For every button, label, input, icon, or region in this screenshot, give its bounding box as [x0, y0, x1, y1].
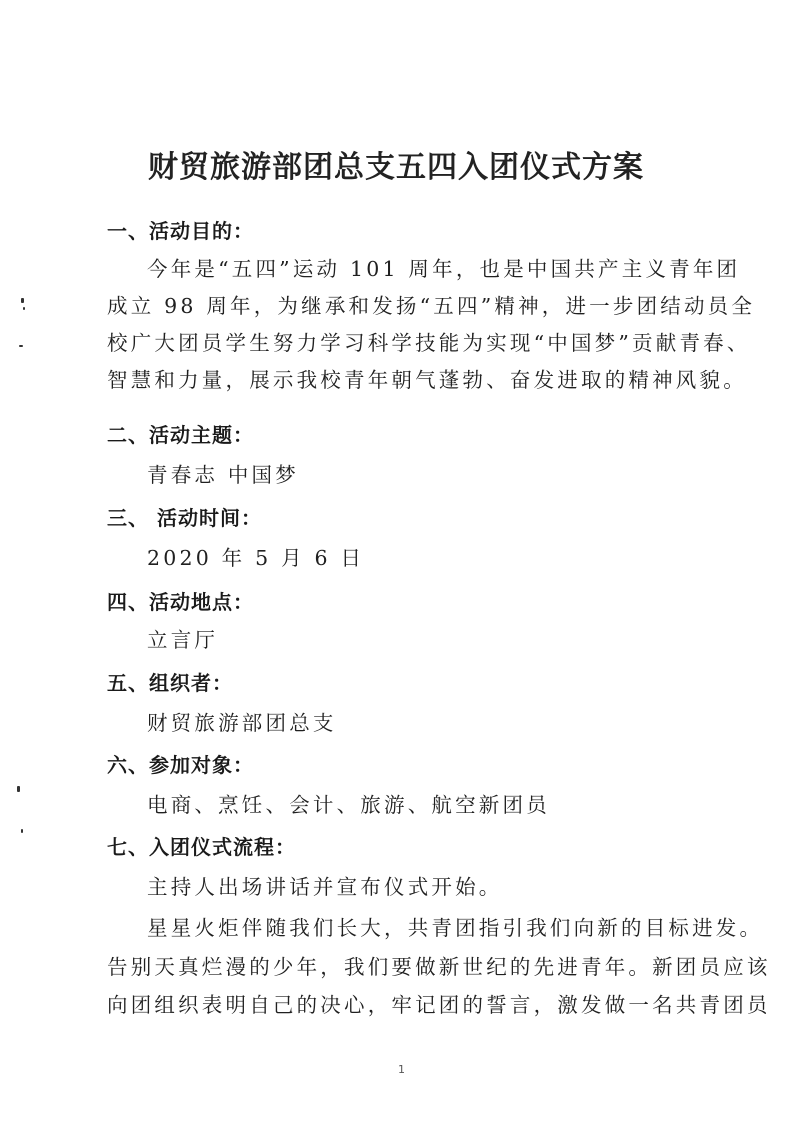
section-heading-location: 四、活动地点：	[107, 587, 697, 617]
participants-list: 电商、烹饪、会计、旅游、航空新团员	[147, 790, 737, 820]
paragraph-line: 校广大团员学生努力学习科学技能为实现“中国梦”贡献青春、	[107, 328, 697, 358]
paragraph-line: 向团组织表明自己的决心，牢记团的誓言，激发做一名共青团员	[107, 990, 697, 1020]
paragraph-line: 智慧和力量，展示我校青年朝气蓬勃、奋发进取的精神风貌。	[107, 365, 697, 395]
section-heading-theme: 二、活动主题：	[107, 420, 697, 450]
document-title: 财贸旅游部团总支五四入团仪式方案	[0, 146, 792, 190]
event-location: 立言厅	[147, 625, 737, 655]
paragraph-line: 告别天真烂漫的少年，我们要做新世纪的先进青年。新团员应该	[107, 952, 697, 982]
scan-mark	[23, 307, 25, 310]
document-page: 财贸旅游部团总支五四入团仪式方案 一、活动目的： 今年是“五四”运动 101 周…	[0, 0, 792, 1136]
section-heading-purpose: 一、活动目的：	[107, 216, 697, 246]
paragraph-line: 今年是“五四”运动 101 周年，也是中国共产主义青年团	[147, 254, 737, 284]
event-date: 2020 年 5 月 6 日	[147, 543, 737, 573]
organizer-name: 财贸旅游部团总支	[147, 708, 737, 738]
theme-text: 青春志 中国梦	[147, 460, 737, 490]
section-heading-procedure: 七、入团仪式流程：	[107, 832, 697, 862]
paragraph-line: 主持人出场讲话并宣布仪式开始。	[147, 872, 737, 902]
scan-mark	[21, 298, 24, 303]
section-heading-organizer: 五、组织者：	[107, 668, 697, 698]
section-heading-participants: 六、参加对象：	[107, 750, 697, 780]
paragraph-line: 成立 98 周年，为继承和发扬“五四”精神，进一步团结动员全	[107, 291, 697, 321]
paragraph-line: 星星火炬伴随我们长大，共青团指引我们向新的目标进发。	[147, 913, 737, 943]
scan-mark	[21, 829, 23, 833]
section-heading-time: 三、 活动时间：	[107, 503, 697, 533]
scan-mark	[19, 345, 23, 347]
scan-mark	[17, 786, 20, 792]
page-number: 1	[398, 1063, 405, 1076]
